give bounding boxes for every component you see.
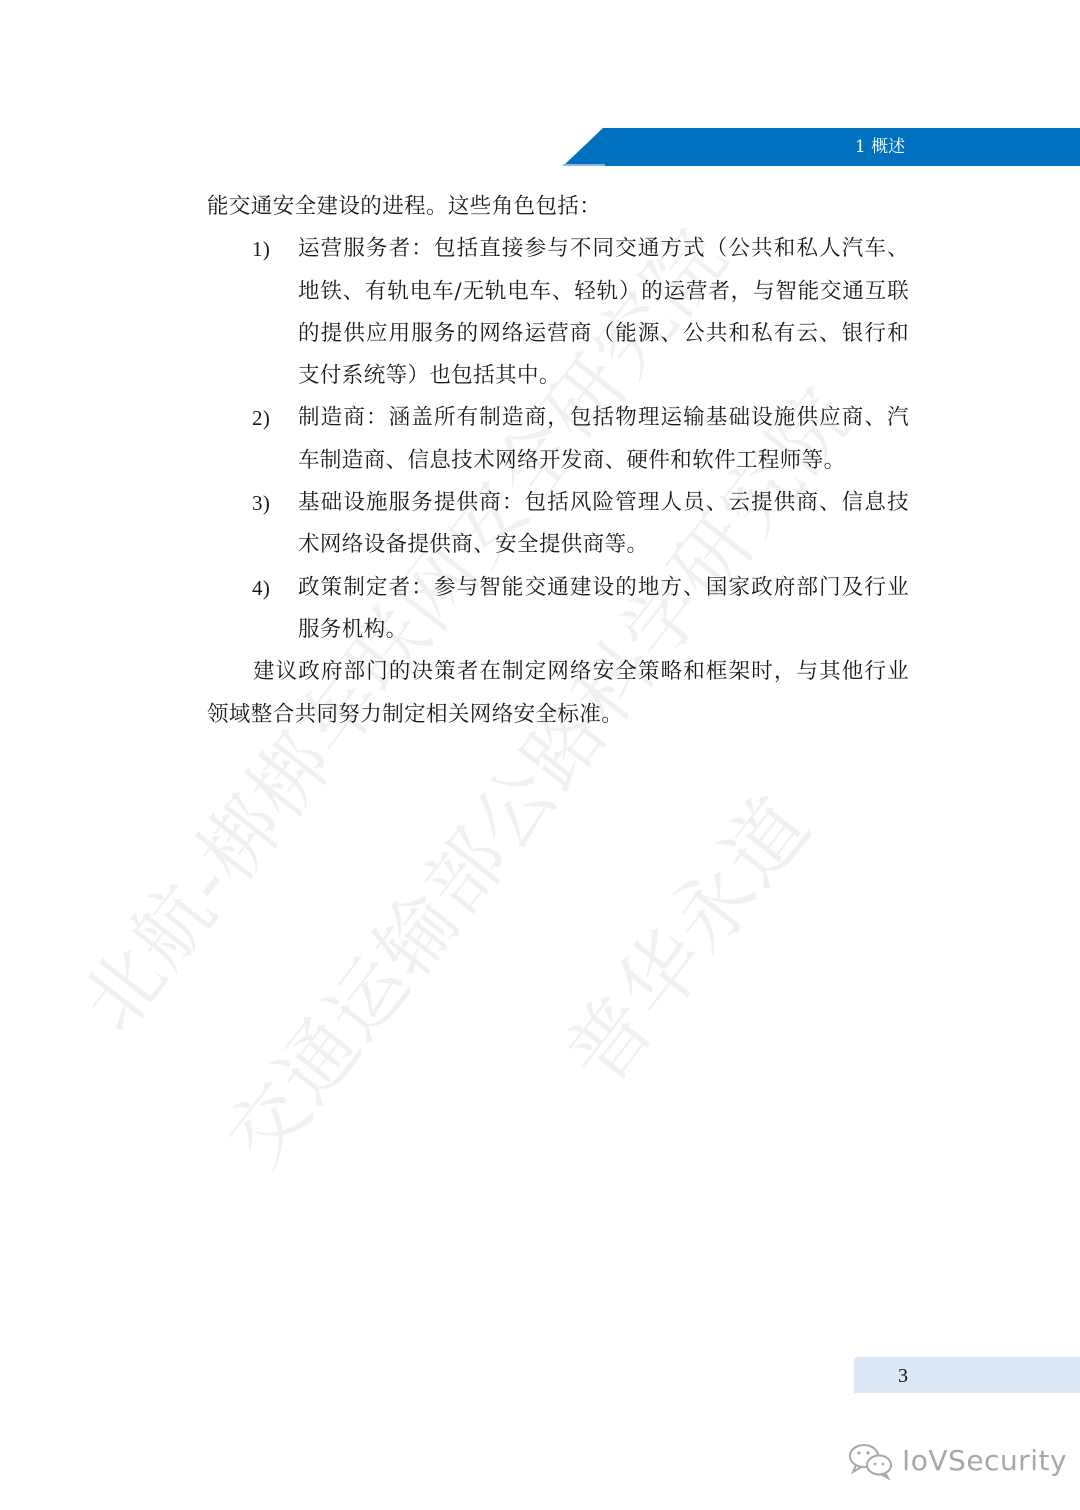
list-item: 1) 运营服务者：包括直接参与不同交通方式（公共和私人汽车、地铁、有轨电车/无轨… <box>207 228 909 397</box>
list-item-text: 运营服务者：包括直接参与不同交通方式（公共和私人汽车、地铁、有轨电车/无轨电车、… <box>298 236 909 388</box>
list-item-number: 1) <box>252 228 270 270</box>
list-item-text: 基础设施服务提供商：包括风险管理人员、云提供商、信息技术网络设备提供商、安全提供… <box>298 490 909 557</box>
list-item-text: 制造商：涵盖所有制造商，包括物理运输基础设施供应商、汽车制造商、信息技术网络开发… <box>298 405 909 472</box>
watermark-text: 普华永道 <box>534 768 833 1105</box>
list-item-number: 3) <box>252 482 270 524</box>
roles-list: 1) 运营服务者：包括直接参与不同交通方式（公共和私人汽车、地铁、有轨电车/无轨… <box>207 228 909 651</box>
intro-paragraph: 能交通安全建设的进程。这些角色包括： <box>207 186 909 228</box>
list-item-number: 4) <box>252 567 270 609</box>
list-item: 3) 基础设施服务提供商：包括风险管理人员、云提供商、信息技术网络设备提供商、安… <box>207 482 909 567</box>
list-item-text: 政策制定者：参与智能交通建设的地方、国家政府部门及行业服务机构。 <box>298 575 909 642</box>
page-number: 3 <box>880 1357 926 1393</box>
document-body: 能交通安全建设的进程。这些角色包括： 1) 运营服务者：包括直接参与不同交通方式… <box>207 186 909 736</box>
conclusion-paragraph: 建议政府部门的决策者在制定网络安全策略和框架时，与其他行业领域整合共同努力制定相… <box>207 651 909 736</box>
brand-name: IoVSecurity <box>902 1444 1067 1477</box>
brand-watermark: IoVSecurity <box>846 1440 1067 1480</box>
list-item: 2) 制造商：涵盖所有制造商，包括物理运输基础设施供应商、汽车制造商、信息技术网… <box>207 397 909 482</box>
list-item-number: 2) <box>252 397 270 439</box>
header-band-accent-line <box>563 164 605 166</box>
wechat-icon <box>846 1440 896 1480</box>
section-title: 1 概述 <box>820 128 940 166</box>
list-item: 4) 政策制定者：参与智能交通建设的地方、国家政府部门及行业服务机构。 <box>207 567 909 652</box>
